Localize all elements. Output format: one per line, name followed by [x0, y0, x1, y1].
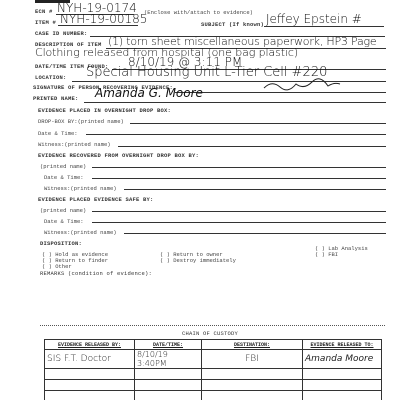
signature-scribble — [262, 78, 342, 92]
col-released-by: EVIDENCE RELEASED BY: — [45, 340, 135, 350]
cell-released-to — [303, 380, 382, 391]
dotted-separator — [40, 325, 385, 326]
signature-line — [175, 92, 386, 93]
cell-released-by — [45, 391, 135, 400]
cell-date-time — [135, 380, 202, 391]
cell-released-to — [303, 369, 382, 380]
drop-box-heading: EVIDENCE PLACED IN OVERNIGHT DROP BOX: — [38, 107, 171, 114]
item-line — [58, 25, 138, 26]
recovered-heading: EVIDENCE RECOVERED FROM OVERNIGHT DROP B… — [38, 152, 199, 159]
table-row — [45, 380, 382, 391]
col-destination: DESTINATION: — [202, 340, 303, 350]
item-value: NYH-19-00185 — [60, 12, 147, 26]
cell-destination — [202, 369, 303, 380]
recovered-datetime-label: Date & Time: — [44, 174, 84, 181]
remarks-label: REMARKS (condition of evidence): — [40, 270, 152, 277]
subject-value: Jeffey Epstein # — [266, 12, 362, 26]
table-header-row: EVIDENCE RELEASED BY: DATE/TIME: DESTINA… — [45, 340, 382, 350]
cell-released-to: Amanda Moore — [303, 350, 382, 369]
subject-label: SUBJECT (If known) — [201, 21, 264, 28]
disposition-heading: DISPOSITION: — [40, 240, 82, 247]
safe-heading: EVIDENCE PLACED EVIDENCE SAFE BY: — [38, 196, 154, 203]
chain-of-custody-title: CHAIN OF CUSTODY — [182, 330, 238, 337]
printed-name-label: PRINTED NAME: — [33, 95, 79, 102]
drop-box-witness-label: Witness:(printed name) — [38, 141, 111, 148]
table-row — [45, 391, 382, 400]
subject-line — [264, 26, 384, 27]
safe-witness-label: Witness:(printed name) — [44, 229, 117, 236]
recovered-name-label: (printed name) — [40, 163, 86, 170]
recovered-name-line — [92, 167, 386, 168]
cell-destination: FBI — [202, 350, 303, 369]
cell-destination — [202, 391, 303, 400]
drop-box-witness-line — [118, 146, 386, 147]
ecn-label: ECN # — [35, 8, 53, 15]
table-row — [45, 369, 382, 380]
recovered-witness-label: Witness:(printed name) — [44, 185, 117, 192]
safe-datetime-label: Date & Time: — [44, 218, 84, 225]
recovered-datetime-line — [92, 178, 386, 179]
cell-released-by — [45, 380, 135, 391]
checkbox-destroy-immediately[interactable]: ( ) Destroy immediately — [160, 257, 236, 264]
location-label: LOCATION: — [35, 74, 67, 81]
col-date-time: DATE/TIME: — [135, 340, 202, 350]
safe-name-label: (printed name) — [40, 207, 86, 214]
drop-box-datetime-line — [86, 134, 386, 135]
cell-released-by — [45, 369, 135, 380]
drop-box-datetime-label: Date & Time: — [38, 130, 78, 137]
cell-destination — [202, 380, 303, 391]
recovered-witness-line — [124, 189, 386, 190]
printed-name-value: Amanda G. Moore — [95, 86, 203, 100]
cell-date-time — [135, 369, 202, 380]
chain-of-custody-table: EVIDENCE RELEASED BY: DATE/TIME: DESTINA… — [44, 339, 382, 400]
safe-name-line — [92, 211, 386, 212]
table-row: SIS F.T. Doctor 8/10/19 3:40PM FBI Amand… — [45, 350, 382, 369]
cell-date-time — [135, 391, 202, 400]
col-released-to: EVIDENCE RELEASED TO: — [303, 340, 382, 350]
cell-released-to — [303, 391, 382, 400]
printed-name-line — [84, 102, 386, 103]
safe-datetime-line — [92, 222, 386, 223]
checkbox-other[interactable]: ( ) Other — [42, 263, 72, 270]
enclose-note: (Enclose with/attach to evidence) — [144, 9, 253, 16]
drop-box-by-label: DROP-BOX BY:(printed name) — [38, 118, 124, 125]
checkbox-fbi[interactable]: ( ) FBI — [315, 251, 338, 258]
cell-date-time: 8/10/19 3:40PM — [135, 350, 202, 369]
safe-witness-line — [124, 233, 386, 234]
drop-box-by-line — [130, 123, 386, 124]
cell-released-by: SIS F.T. Doctor — [45, 350, 135, 369]
item-label: ITEM # — [35, 19, 56, 26]
case-id-label: CASE ID NUMBER: — [35, 30, 88, 37]
